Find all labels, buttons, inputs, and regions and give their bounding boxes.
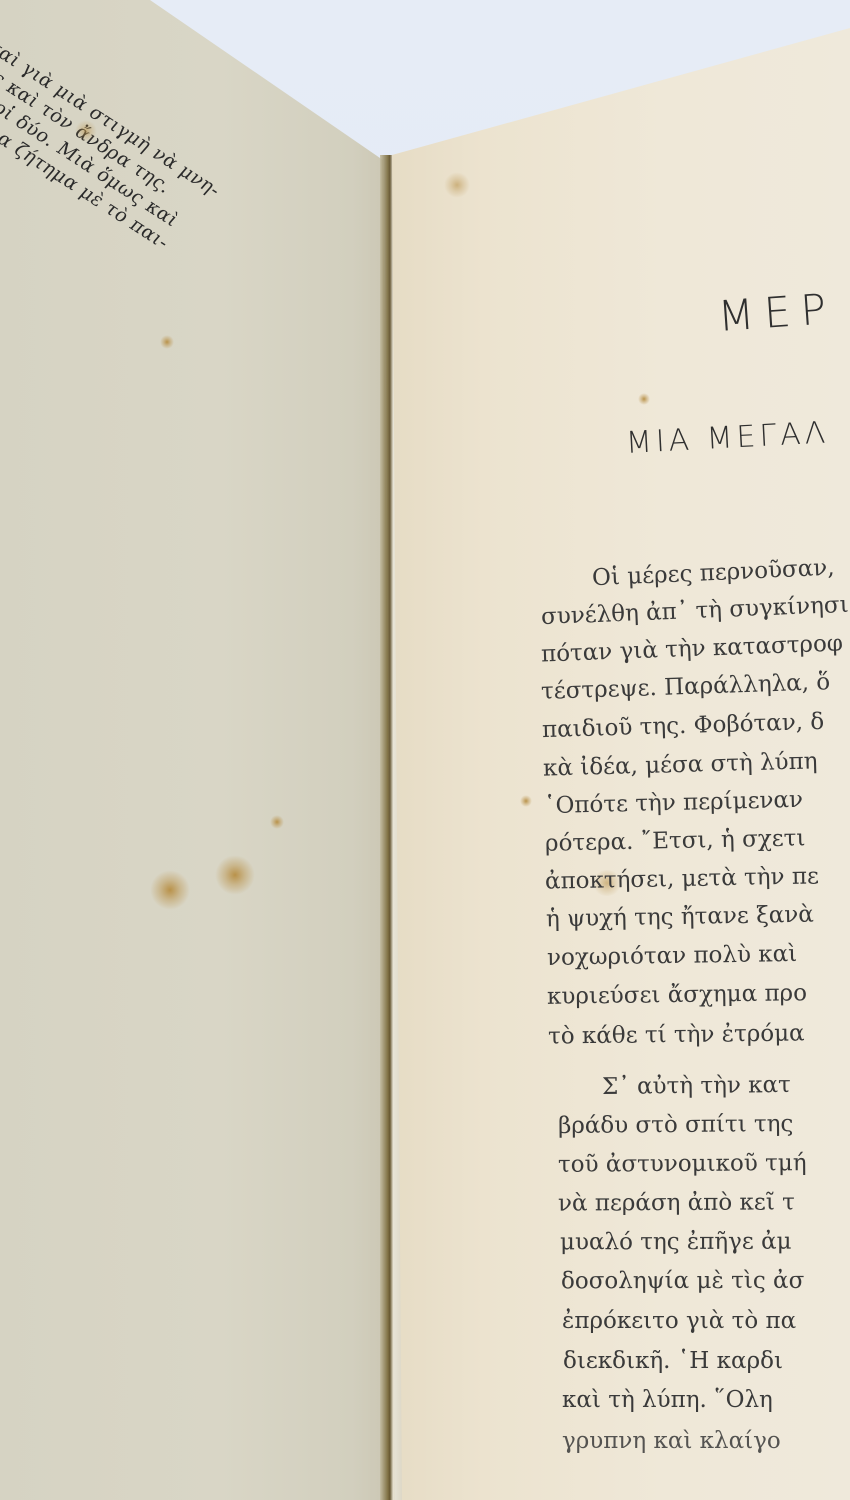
foxing-stain <box>160 335 174 349</box>
text-line: γρυπνη καὶ κλαίγο <box>562 1428 781 1454</box>
text-line: Σ᾿ αὐτὴ τὴν κατ <box>602 1072 791 1100</box>
text-line: ρότερα. ῎Ετσι, ἡ σχετι <box>545 825 806 856</box>
foxing-stain <box>150 870 190 910</box>
part-heading: ΜΕΡ <box>716 284 837 341</box>
text-line: ἀποκτήσει, μετὰ τὴν πε <box>545 863 819 894</box>
foxing-stain <box>638 393 650 405</box>
left-page: καὶ γιὰ μιὰ στιγμὴ νὰ μνη- η της καὶ τὸν… <box>0 0 400 1500</box>
foxing-stain <box>215 855 255 895</box>
text-line: ἐπρόκειτο γιὰ τὸ πα <box>562 1308 796 1334</box>
foxing-stain <box>75 120 97 142</box>
text-line: δοσοληψία μὲ τὶς ἀσ <box>561 1268 804 1294</box>
text-line: τοῦ ἀστυνομικοῦ τμή <box>558 1150 807 1178</box>
left-page-text: καὶ γιὰ μιὰ στιγμὴ νὰ μνη- η της καὶ τὸν… <box>0 30 258 277</box>
text-line: διεκδικῆ. ῾Η καρδι <box>563 1348 783 1374</box>
foxing-stain <box>520 795 532 807</box>
foxing-stain <box>270 815 284 829</box>
text-line: βράδυ στὸ σπίτι της <box>558 1111 794 1139</box>
text-line: νοχωριόταν πολὺ καὶ <box>547 941 798 971</box>
text-line: κυριεύσει ἄσχημα προ <box>547 980 807 1010</box>
text-line: τὸ κάθε τί τὴν ἐτρόμα <box>548 1020 805 1049</box>
text-line: καὶ τὴ λύπη. ῞Ολη <box>562 1387 773 1413</box>
text-line: μυαλό της ἐπῆγε ἀμ <box>560 1229 792 1256</box>
foxing-stain <box>444 172 470 198</box>
text-line: ἡ ψυχή της ἤτανε ξανὰ <box>546 902 814 933</box>
text-line: νὰ περάση ἀπὸ κεῖ τ <box>558 1189 795 1216</box>
